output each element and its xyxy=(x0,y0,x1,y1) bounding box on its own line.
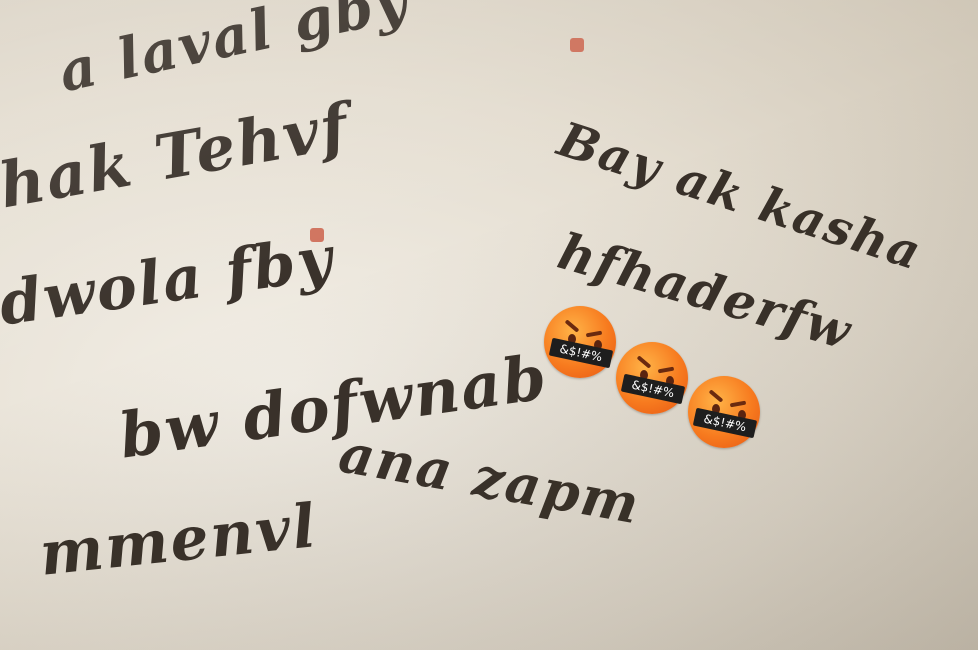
symbols-bar: &$!#% xyxy=(621,374,685,404)
eyebrow-icon xyxy=(709,389,724,402)
eyebrow-icon xyxy=(565,319,580,332)
eyebrow-icon xyxy=(637,355,652,368)
eyebrow-icon xyxy=(730,401,746,408)
lighting-overlay xyxy=(0,0,978,650)
cursing-emoji: &$!#% xyxy=(616,342,688,414)
eyebrow-icon xyxy=(658,367,674,374)
symbols-bar: &$!#% xyxy=(549,338,613,368)
cursing-emoji: &$!#% xyxy=(688,376,760,448)
symbols-bar: &$!#% xyxy=(693,408,757,438)
cursing-emoji: &$!#% xyxy=(544,306,616,378)
manuscript-photo: a laval gby hak Tehvf dwola fby bw dofwn… xyxy=(0,0,978,650)
eyebrow-icon xyxy=(586,331,602,338)
